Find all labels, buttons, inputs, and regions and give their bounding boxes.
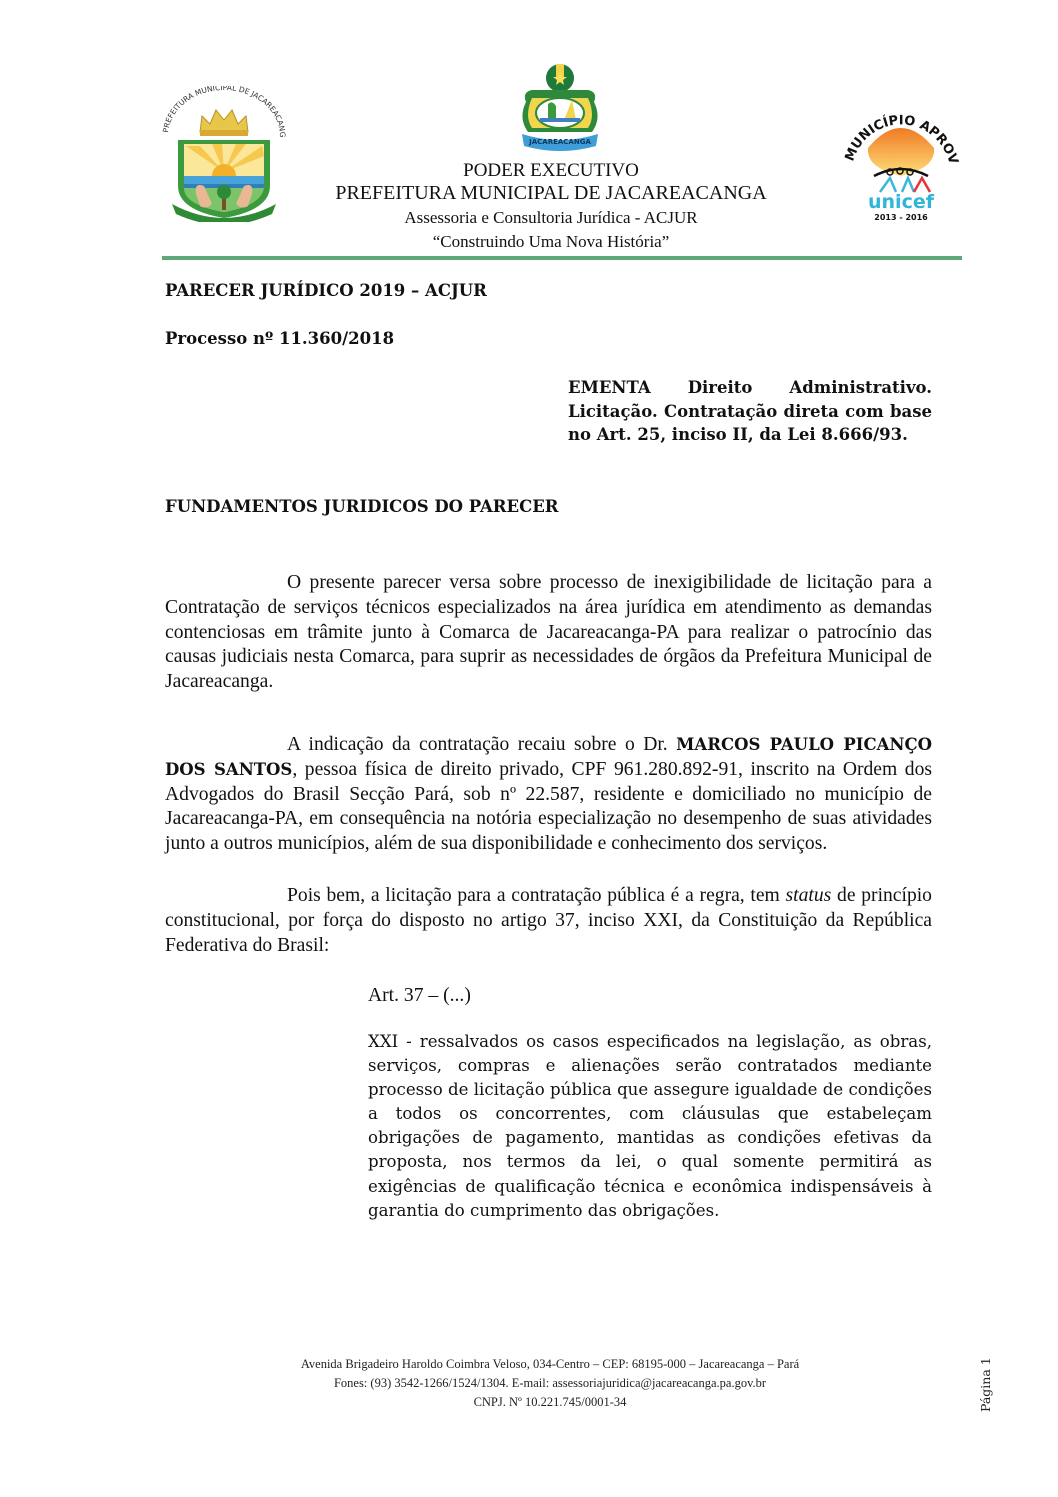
footer-contact: Fones: (93) 3542-1266/1524/1304. E-mail:… [220, 1376, 880, 1391]
paragraph-3: Pois bem, a licitação para a contratação… [165, 884, 932, 958]
footer-cnpj: CNPJ. Nº 10.221.745/0001-34 [220, 1395, 880, 1410]
section-title: FUNDAMENTOS JURIDICOS DO PARECER [165, 497, 559, 516]
paragraph-3-before: Pois bem, a licitação para a contratação… [287, 885, 780, 906]
process-number: Processo nº 11.360/2018 [165, 329, 394, 348]
legal-quote: XXI - ressalvados os casos especificados… [368, 1030, 932, 1223]
page-number: Página 1 [978, 1357, 993, 1412]
header-department: Assessoria e Consultoria Jurídica - ACJU… [22, 208, 1058, 228]
document-page: PREFEITURA MUNICIPAL DE JACAREACANGA [0, 0, 1058, 1497]
paragraph-1-text: O presente parecer versa sobre processo … [165, 572, 932, 692]
svg-text:JACAREACANGA: JACAREACANGA [528, 138, 591, 146]
header-branch: PODER EXECUTIVO [22, 160, 1058, 182]
quote-heading: Art. 37 – (...) [368, 985, 471, 1007]
document-title: PARECER JURÍDICO 2019 – ACJUR [165, 281, 487, 300]
footer-address: Avenida Brigadeiro Haroldo Coimbra Velos… [220, 1357, 880, 1372]
header-municipality: PREFEITURA MUNICIPAL DE JACAREACANGA [22, 182, 1058, 205]
ementa: EMENTA Direito Administrativo. Licitação… [568, 376, 932, 447]
paragraph-2-before: A indicação da contratação recaiu sobre … [287, 734, 668, 755]
paragraph-3-italic: status [786, 885, 832, 906]
paragraph-2: A indicação da contratação recaiu sobre … [165, 733, 932, 857]
jacareacanga-crest-icon: JACAREACANGA [512, 62, 608, 160]
header-divider [162, 256, 962, 260]
paragraph-1: O presente parecer versa sobre processo … [165, 571, 932, 695]
header-slogan: “Construindo Uma Nova História” [22, 232, 1058, 252]
